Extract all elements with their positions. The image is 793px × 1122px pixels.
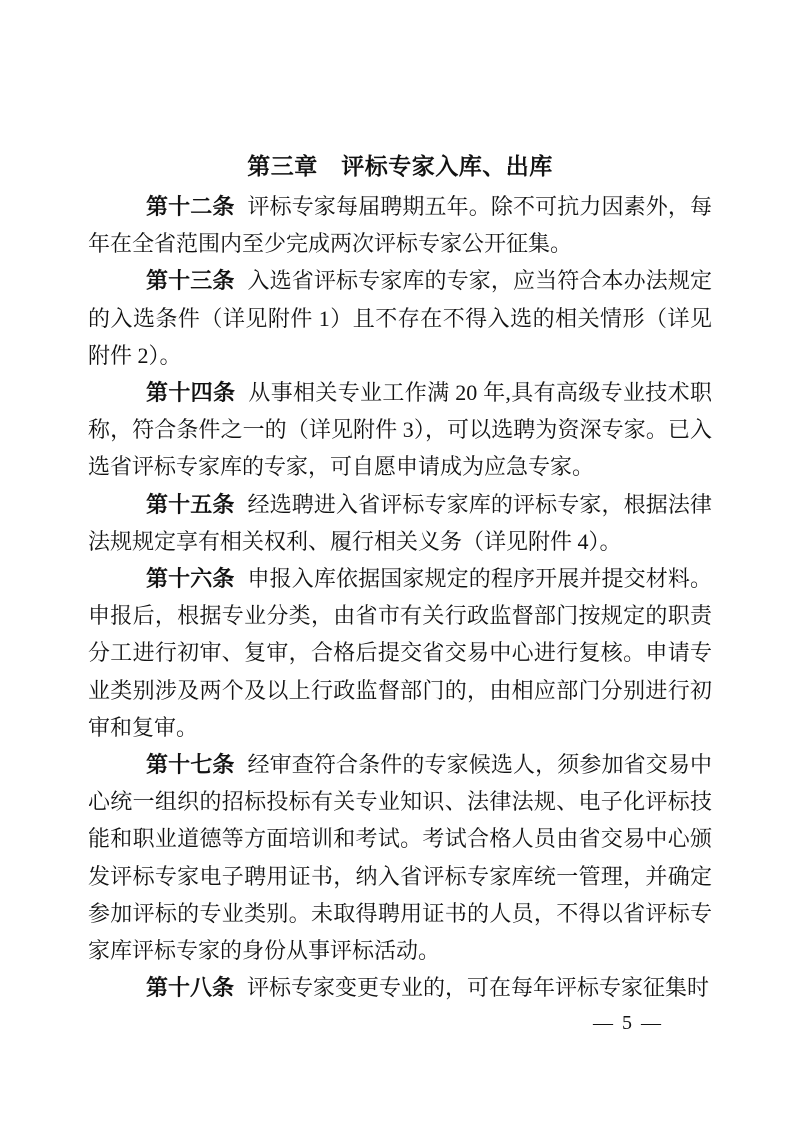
page-number: — 5 — bbox=[593, 1012, 663, 1035]
article-number: 第十七条 bbox=[146, 752, 235, 777]
article-text: 评标专家变更专业的，可在每年评标专家征集时 bbox=[247, 975, 709, 1000]
article-paragraph-13: 第十三条入选省评标专家库的专家，应当符合本办法规定的入选条件（详见附件 1）且不… bbox=[88, 262, 712, 374]
article-paragraph-18: 第十八条评标专家变更专业的，可在每年评标专家征集时 bbox=[88, 969, 712, 1006]
article-paragraph-16: 第十六条申报入库依据国家规定的程序开展并提交材料。申报后，根据专业分类，由省市有… bbox=[88, 560, 712, 746]
article-number: 第十三条 bbox=[146, 268, 235, 293]
article-number: 第十六条 bbox=[146, 566, 235, 591]
chapter-heading: 第三章 评标专家入库、出库 bbox=[88, 147, 712, 188]
article-text: 申报入库依据国家规定的程序开展并提交材料。申报后，根据专业分类，由省市有关行政监… bbox=[88, 566, 712, 740]
document-page: 第三章 评标专家入库、出库 第十二条评标专家每届聘期五年。除不可抗力因素外，每年… bbox=[0, 0, 793, 1122]
article-text: 经审查符合条件的专家候选人，须参加省交易中心统一组织的招标投标有关专业知识、法律… bbox=[88, 752, 712, 963]
document-content: 第三章 评标专家入库、出库 第十二条评标专家每届聘期五年。除不可抗力因素外，每年… bbox=[88, 147, 712, 1006]
article-paragraph-15: 第十五条经选聘进入省评标专家库的评标专家，根据法律法规规定享有相关权利、履行相关… bbox=[88, 486, 712, 560]
article-paragraph-12: 第十二条评标专家每届聘期五年。除不可抗力因素外，每年在全省范围内至少完成两次评标… bbox=[88, 188, 712, 262]
article-number: 第十四条 bbox=[146, 380, 235, 405]
article-paragraph-14: 第十四条从事相关专业工作满 20 年,具有高级专业技术职称，符合条件之一的（详见… bbox=[88, 374, 712, 486]
article-paragraph-17: 第十七条经审查符合条件的专家候选人，须参加省交易中心统一组织的招标投标有关专业知… bbox=[88, 746, 712, 969]
article-number: 第十五条 bbox=[146, 492, 235, 517]
article-number: 第十八条 bbox=[146, 975, 234, 1000]
article-number: 第十二条 bbox=[146, 194, 235, 219]
